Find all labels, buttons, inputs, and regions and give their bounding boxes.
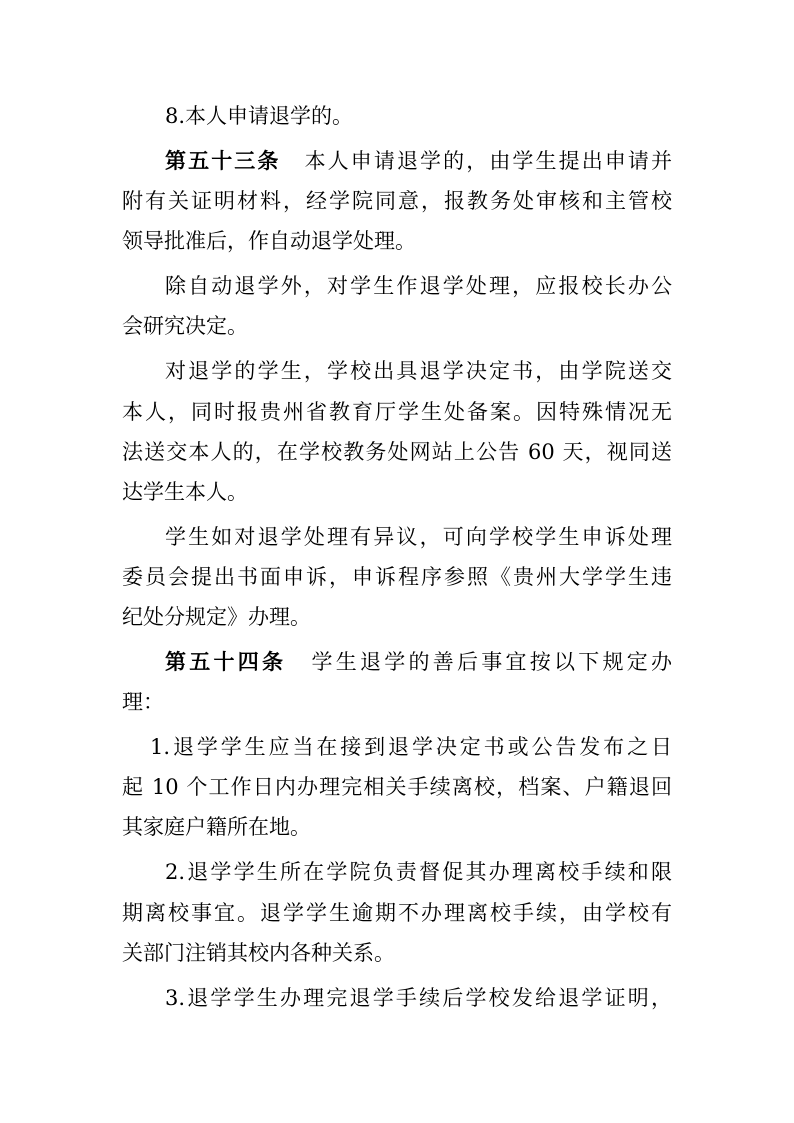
text-line: 对退学的学生，学校出具退学决定书，由学院送交 [165, 356, 672, 386]
text-line: 期离校事宜。退学学生逾期不办理离校手续，由学校有 [122, 898, 672, 928]
text-line: 1.退学学生应当在接到退学决定书或公告发布之日 [150, 732, 672, 762]
text-line: 会研究决定。 [122, 311, 672, 341]
text-line: 本人，同时报贵州省教育厅学生处备案。因特殊情况无 [122, 397, 672, 427]
text-line: 委员会提出书面申诉，申诉程序参照《贵州大学学生违 [122, 562, 672, 592]
article-54-heading-line: 第五十四条学生退学的善后事宜按以下规定办 [165, 647, 672, 677]
text-line: 领导批准后，作自动退学处理。 [122, 226, 672, 256]
text-line: 达学生本人。 [122, 477, 672, 507]
document-page: 8.本人申请退学的。 第五十三条本人申请退学的，由学生提出申请并 附有关证明材料… [0, 0, 794, 1123]
text-line: 其家庭户籍所在地。 [122, 812, 672, 842]
text-line: 8.本人申请退学的。 [165, 101, 672, 131]
text-line: 起 10 个工作日内办理完相关手续离校，档案、户籍退回 [122, 772, 672, 802]
text-line: 附有关证明材料，经学院同意，报教务处审核和主管校 [122, 186, 672, 216]
article-number: 第五十四条 [165, 649, 286, 674]
text-line: 理： [122, 687, 672, 717]
text-line: 纪处分规定》办理。 [122, 602, 672, 632]
text-line: 学生如对退学处理有异议，可向学校学生申诉处理 [165, 522, 672, 552]
text-line: 3.退学学生办理完退学手续后学校发给退学证明， [165, 983, 672, 1013]
text-line: 除自动退学外，对学生作退学处理，应报校长办公 [165, 271, 672, 301]
text-line: 2.退学学生所在学院负责督促其办理离校手续和限 [165, 857, 672, 887]
text-line: 关部门注销其校内各种关系。 [122, 938, 672, 968]
text-line: 法送交本人的，在学校教务处网站上公告 60 天，视同送 [122, 437, 672, 467]
article-53-heading-line: 第五十三条本人申请退学的，由学生提出申请并 [165, 146, 672, 176]
article-number: 第五十三条 [165, 148, 280, 173]
